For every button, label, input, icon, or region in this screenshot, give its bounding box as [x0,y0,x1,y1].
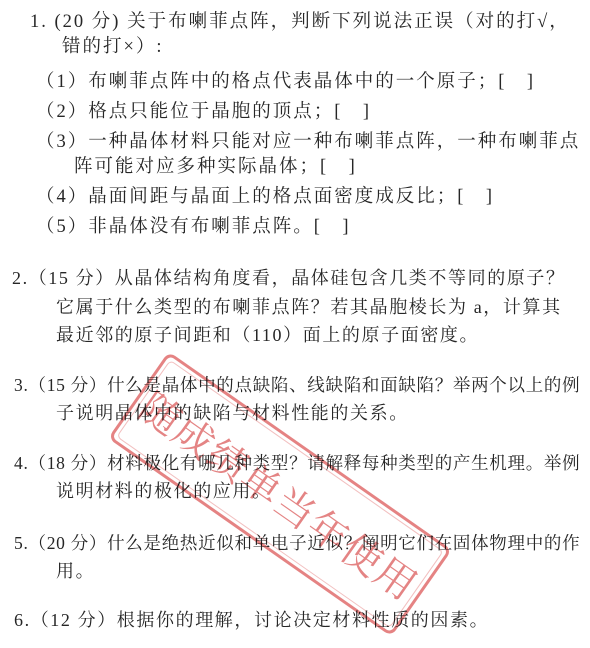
q3-line-2: 子说明晶体中的缺陷与材料性能的关系。 [56,400,409,426]
q1-item-4: （4）晶面间距与晶面上的格点面密度成反比；[ ] [36,184,494,210]
q6-line-1: 6.（12 分）根据你的理解，讨论决定材料性质的因素。 [14,607,489,633]
q1-item-1: （1）布喇菲点阵中的格点代表晶体中的一个原子；[ ] [36,69,535,95]
q2-line-1: 2.（15 分）从晶体结构角度看，晶体硅包含几类不等同的原子？ [12,265,566,291]
q5-line-1: 5.（20 分）什么是绝热近似和单电子近似？阐明它们在固体物理中的作 [14,530,580,556]
q1-item-2: （2）格点只能位于晶胞的顶点；[ ] [36,99,371,125]
q1-header-line-2: 错的打×）: [62,34,164,60]
q1-item-3-line-2: 阵可能对应多种实际晶体；[ ] [74,154,357,180]
q1-header-line-1: 1. (20 分) 关于布喇菲点阵，判断下列说法正误（对的打√， [30,9,570,35]
q1-item-5: （5）非晶体没有布喇菲点阵。[ ] [36,214,351,240]
q3-line-1: 3.（15 分）什么是晶体中的点缺陷、线缺陷和面缺陷？举两个以上的例 [14,372,580,398]
q4-line-2: 说明材料的极化的应用。 [56,478,272,504]
q2-line-2: 它属于什么类型的布喇菲点阵？若其晶胞棱长为 a，计算其 [56,294,562,320]
q2-line-3: 最近邻的原子间距和（110）面上的原子面密度。 [56,322,479,348]
q1-item-3-line-1: （3）一种晶体材料只能对应一种布喇菲点阵，一种布喇菲点 [36,129,580,155]
exam-paper-page: 1. (20 分) 关于布喇菲点阵，判断下列说法正误（对的打√， 错的打×）: … [0,0,590,648]
q5-line-2: 用。 [56,558,95,584]
q4-line-1: 4.（18 分）材料极化有哪几种类型？请解释每种类型的产生机理。举例 [14,450,580,476]
